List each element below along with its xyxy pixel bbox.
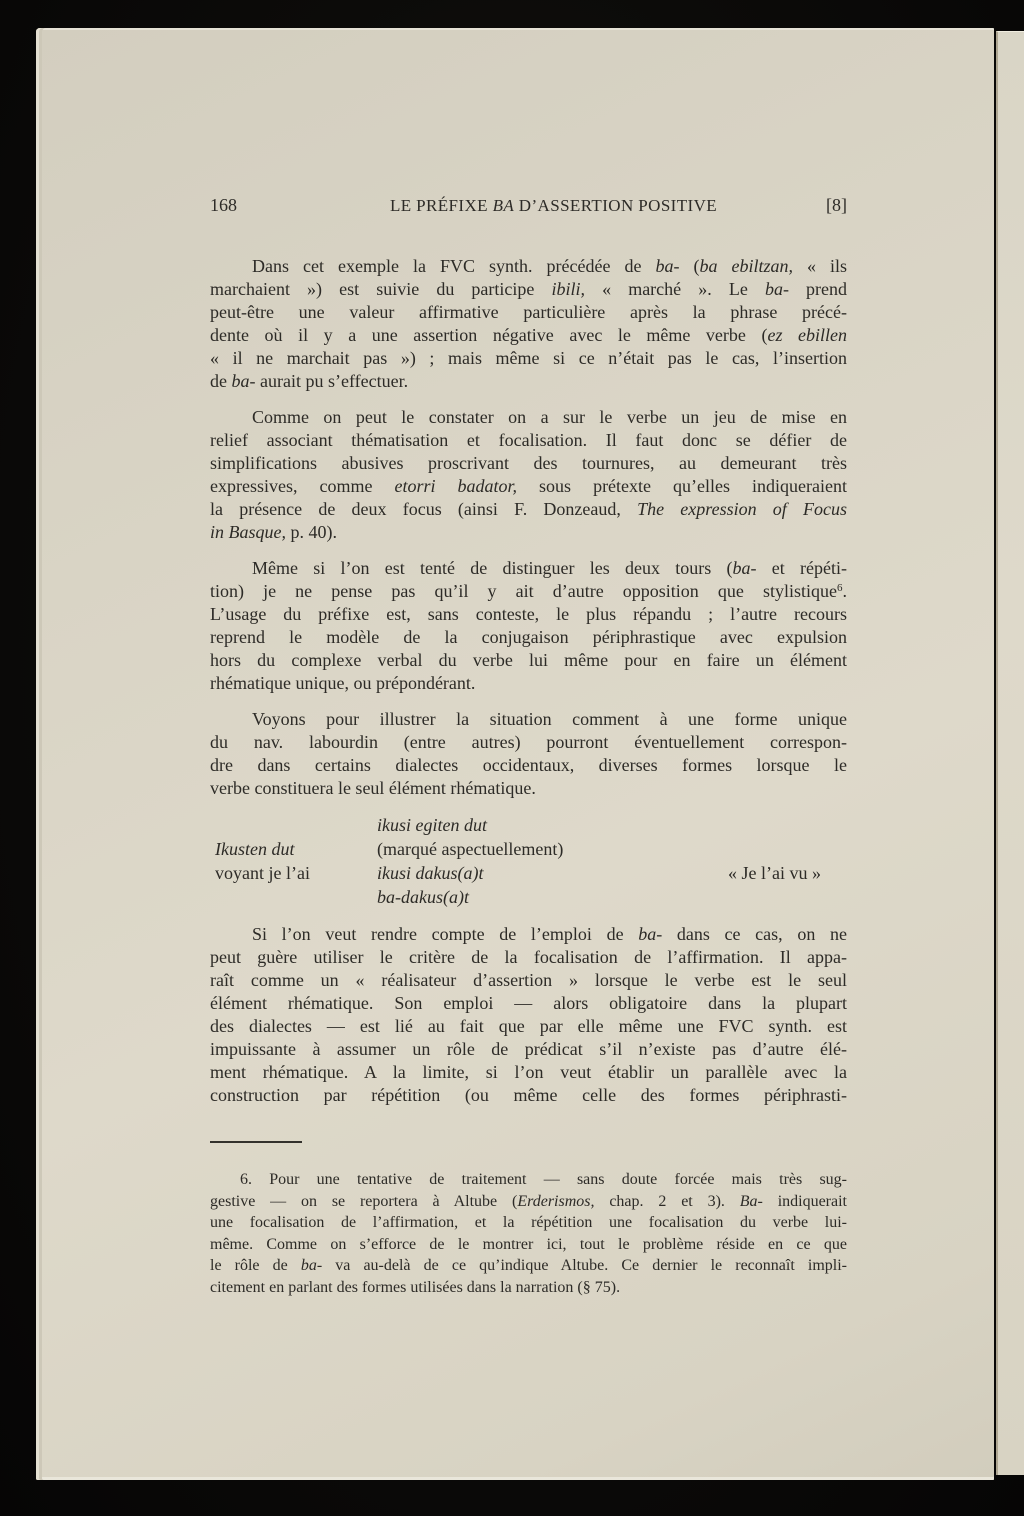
text-line: relief associant thématisation et focali… [210, 429, 847, 452]
text-line: dre dans certains dialectes occidentaux,… [210, 754, 847, 777]
page-number: 168 [210, 195, 320, 215]
paragraph-3: Même si l’on est tenté de distinguer les… [210, 557, 847, 695]
text-line: rhématique unique, ou prépondérant. [210, 672, 847, 695]
footnote-line: 6. Pour une tentative de traitement — sa… [210, 1169, 847, 1191]
text-line: hors du complexe verbal du verbe lui mêm… [210, 649, 847, 672]
text-line: dente où il y a une assertion négative a… [210, 324, 847, 347]
text-line: impuissante à assumer un rôle de prédica… [210, 1038, 847, 1061]
example-row: Ikusten dut (marqué aspectuellement) [210, 837, 847, 861]
text-line: L’usage du préfixe est, sans conteste, l… [210, 603, 847, 626]
example-variant-3: ikusi dakus(a)t [377, 861, 483, 885]
example-row: ba-dakus(a)t [210, 885, 847, 909]
text-line: reprend le modèle de la conjugaison péri… [210, 626, 847, 649]
text-line: marchaient ») est suivie du participe ib… [210, 278, 847, 301]
text-line: du nav. labourdin (entre autres) pourron… [210, 731, 847, 754]
footnote-6: 6. Pour une tentative de traitement — sa… [210, 1169, 847, 1298]
footnote-line: une focalisation de l’affirmation, et la… [210, 1212, 847, 1234]
text-line: ment rhématique. A la limite, si l’on ve… [210, 1061, 847, 1084]
paragraph-5: Si l’on veut rendre compte de l’emploi d… [210, 923, 847, 1107]
text-line: Comme on peut le constater on a sur le v… [210, 406, 847, 429]
paragraph-1: Dans cet exemple la FVC synth. précédée … [210, 255, 847, 393]
example-source-gloss: voyant je l’ai [215, 861, 310, 885]
text-line: simplifications abusives proscrivant des… [210, 452, 847, 475]
running-head: 168 LE PRÉFIXE BA D’ASSERTION POSITIVE [… [210, 195, 847, 216]
example-source-form: Ikusten dut [215, 837, 294, 861]
paragraph-4: Voyons pour illustrer la situation comme… [210, 708, 847, 800]
text-line: peut guère utiliser le critère de la foc… [210, 946, 847, 969]
example-variant-4: ba-dakus(a)t [377, 885, 469, 909]
text-line: tion) je ne pense pas qu’il y ait d’autr… [210, 580, 847, 603]
text-line: Même si l’on est tenté de distinguer les… [210, 557, 847, 580]
text-line: « il ne marchait pas ») ; mais même si c… [210, 347, 847, 370]
example-translation: « Je l’ai vu » [728, 861, 821, 885]
text-line: in Basque, p. 40). [210, 521, 847, 544]
book-page: 168 LE PRÉFIXE BA D’ASSERTION POSITIVE [… [36, 28, 994, 1480]
text-line: de ba- aurait pu s’effectuer. [210, 370, 847, 393]
text-line: peut-être une valeur affirmative particu… [210, 301, 847, 324]
example-variant-1: ikusi egiten dut [377, 813, 487, 837]
text-line: construction par répétition (ou même cel… [210, 1084, 847, 1107]
text-line: Dans cet exemple la FVC synth. précédée … [210, 255, 847, 278]
text-line: élément rhématique. Son emploi — alors o… [210, 992, 847, 1015]
text-line: raît comme un « réalisateur d’assertion … [210, 969, 847, 992]
footnote-separator-rule [210, 1141, 302, 1143]
text-line: verbe constituera le seul élément rhémat… [210, 777, 847, 800]
example-row: ikusi egiten dut [210, 813, 847, 837]
next-page-edge [996, 31, 1024, 1475]
text-line: expressives, comme etorri badator, sous … [210, 475, 847, 498]
running-title: LE PRÉFIXE BA D’ASSERTION POSITIVE [320, 196, 787, 216]
text-line: la présence de deux focus (ainsi F. Donz… [210, 498, 847, 521]
text-line: des dialectes — est lié au fait que par … [210, 1015, 847, 1038]
footnote-line: même. Comme on s’efforce de le montrer i… [210, 1234, 847, 1256]
example-variant-2-note: (marqué aspectuellement) [377, 837, 563, 861]
scanned-book-photo: 168 LE PRÉFIXE BA D’ASSERTION POSITIVE [… [0, 0, 1024, 1516]
footnote-line: citement en parlant des formes utilisées… [210, 1277, 847, 1299]
footnote-line: le rôle de ba- va au-delà de ce qu’indiq… [210, 1255, 847, 1277]
paragraph-2: Comme on peut le constater on a sur le v… [210, 406, 847, 544]
linguistic-example-block: ikusi egiten dut Ikusten dut (marqué asp… [210, 813, 847, 909]
example-row: voyant je l’ai ikusi dakus(a)t « Je l’ai… [210, 861, 847, 885]
section-marker: [8] [787, 195, 847, 215]
page-text-block: 168 LE PRÉFIXE BA D’ASSERTION POSITIVE [… [210, 195, 847, 1298]
text-line: Voyons pour illustrer la situation comme… [210, 708, 847, 731]
footnote-line: gestive — on se reportera à Altube (Erde… [210, 1191, 847, 1213]
text-line: Si l’on veut rendre compte de l’emploi d… [210, 923, 847, 946]
